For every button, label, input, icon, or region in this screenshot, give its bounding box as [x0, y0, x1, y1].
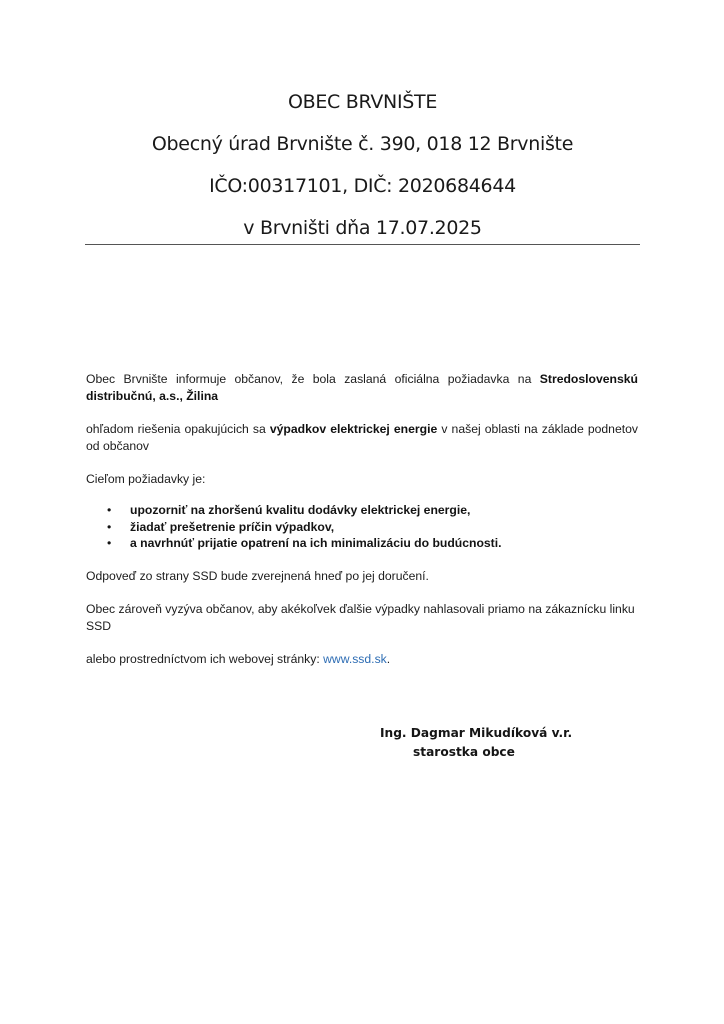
place-and-date: v Brvništi dňa 17.07.2025 [85, 212, 640, 254]
header-divider [85, 244, 640, 245]
ssd-website-link[interactable]: www.ssd.sk [323, 652, 387, 666]
regarding-text-before: ohľadom riešenia opakujúcich sa [86, 422, 270, 436]
goal-text: upozorniť na zhoršenú kvalitu dodávky el… [130, 503, 470, 517]
announcement-body: Obec Brvnište informuje občanov, že bola… [86, 371, 638, 684]
office-address: Obecný úrad Brvnište č. 390, 018 12 Brvn… [85, 128, 640, 170]
letterhead: OBEC BRVNIŠTE Obecný úrad Brvnište č. 39… [85, 86, 640, 254]
website-paragraph: alebo prostredníctvom ich webovej stránk… [86, 651, 638, 668]
goal-text: žiadať prešetrenie príčin výpadkov, [130, 520, 334, 534]
signature-block: Ing. Dagmar Mikudíková v.r. starostka ob… [380, 724, 572, 762]
bullet-icon: • [107, 502, 111, 519]
regarding-subject: výpadkov elektrickej energie [270, 422, 437, 436]
intro-text: Obec Brvnište informuje občanov, že bola… [86, 372, 540, 386]
signatory-title: starostka obce [380, 743, 572, 762]
bullet-icon: • [107, 519, 111, 536]
call-to-action: Obec zároveň vyzýva občanov, aby akékoľv… [86, 601, 638, 635]
signatory-name: Ing. Dagmar Mikudíková v.r. [380, 724, 572, 743]
company-ids: IČO:00317101, DIČ: 2020684644 [85, 170, 640, 212]
regarding-paragraph: ohľadom riešenia opakujúcich sa výpadkov… [86, 421, 638, 455]
municipality-name: OBEC BRVNIŠTE [85, 86, 640, 128]
website-text-before: alebo prostredníctvom ich webovej stránk… [86, 652, 323, 666]
goal-text: a navrhnúť prijatie opatrení na ich mini… [130, 536, 502, 550]
bullet-icon: • [107, 535, 111, 552]
goal-label: Cieľom požiadavky je: [86, 471, 638, 488]
intro-paragraph: Obec Brvnište informuje občanov, že bola… [86, 371, 638, 405]
goal-item: •upozorniť na zhoršenú kvalitu dodávky e… [86, 502, 638, 519]
goals-list: •upozorniť na zhoršenú kvalitu dodávky e… [86, 502, 638, 552]
goal-item: •žiadať prešetrenie príčin výpadkov, [86, 519, 638, 536]
document-page: OBEC BRVNIŠTE Obecný úrad Brvnište č. 39… [0, 0, 724, 1024]
website-text-after: . [387, 652, 390, 666]
response-note: Odpoveď zo strany SSD bude zverejnená hn… [86, 568, 638, 585]
goal-item: •a navrhnúť prijatie opatrení na ich min… [86, 535, 638, 552]
